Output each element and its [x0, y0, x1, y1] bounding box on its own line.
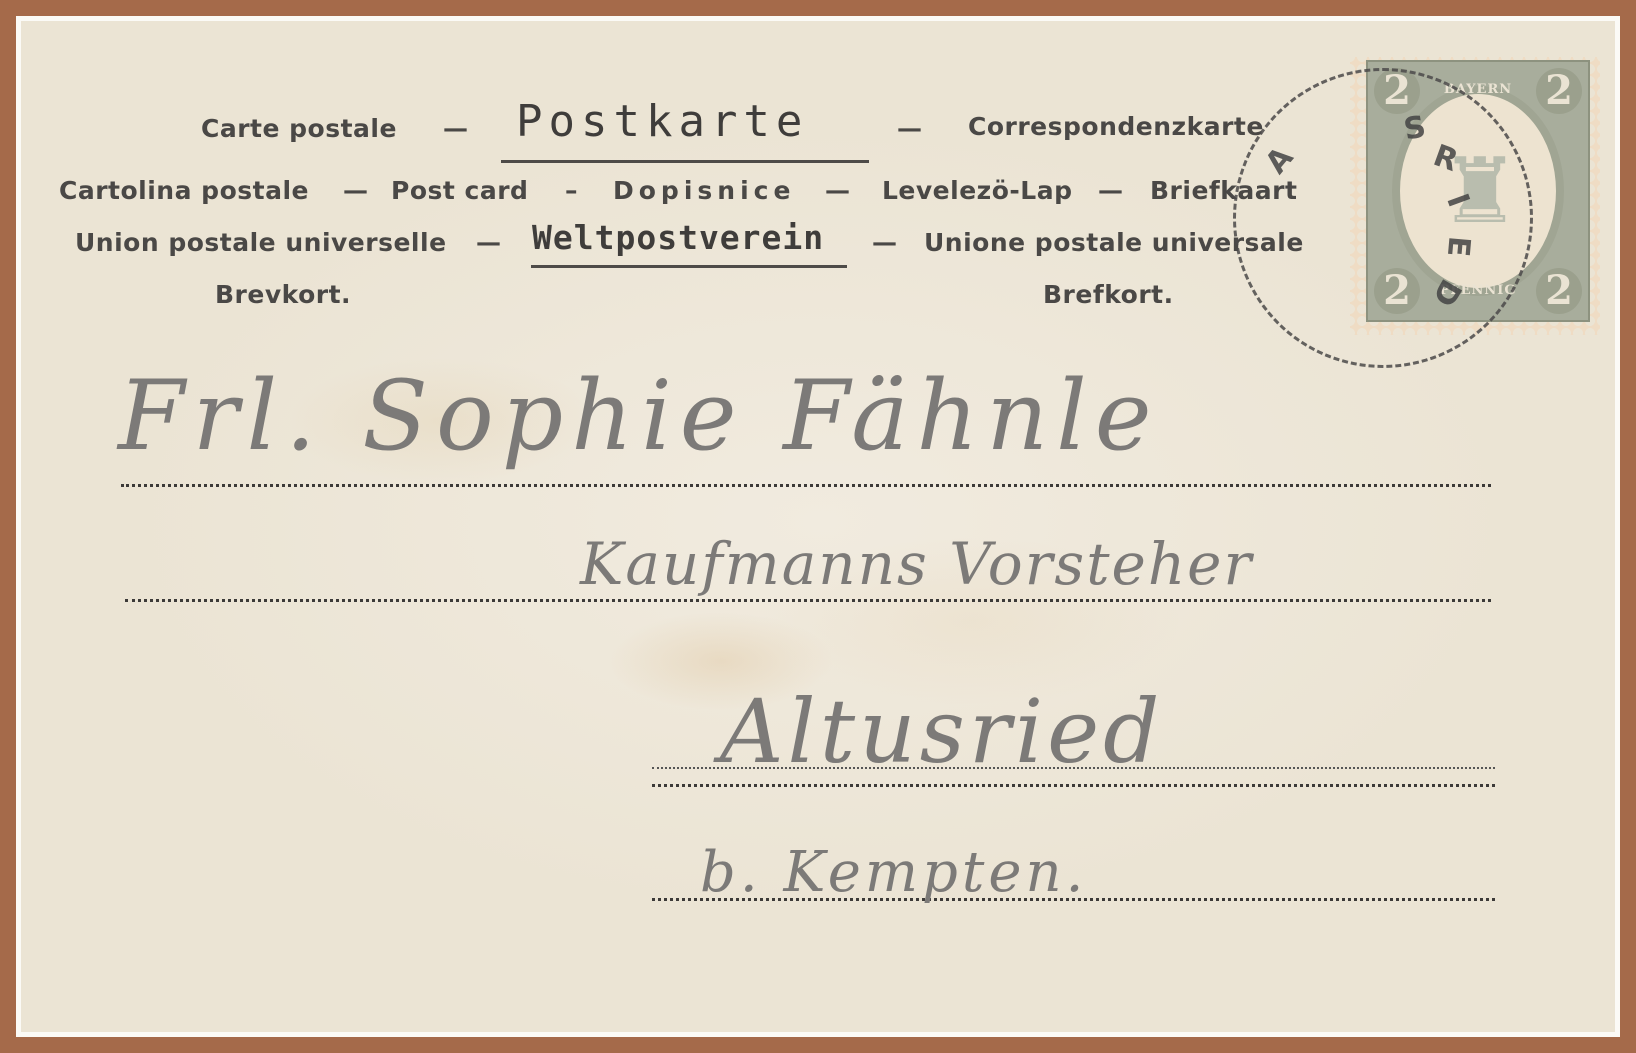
address-line-2	[125, 599, 1491, 602]
header-dash: —	[825, 176, 851, 205]
header-dopisnice: Dopisnice	[613, 176, 795, 205]
address-line-3b	[652, 784, 1495, 787]
header-brefkort: Brefkort.	[1043, 280, 1174, 309]
header-union-postale-universelle: Union postale universelle	[75, 228, 447, 257]
header-dash: —	[443, 114, 469, 143]
header-dash: —	[872, 228, 898, 257]
recipient-town: Altusried	[720, 680, 1164, 783]
header-cartolina-postale: Cartolina postale	[59, 176, 309, 205]
header-dash: —	[476, 228, 502, 257]
recipient-occupation: Kaufmanns Vorsteher	[580, 530, 1253, 598]
postmark-char: A	[1259, 140, 1301, 180]
postmark-circle: A S R I E D	[1233, 68, 1533, 368]
postmark-char: D	[1425, 273, 1468, 312]
header-brevkort: Brevkort.	[215, 280, 351, 309]
header-dash: —	[1098, 176, 1124, 205]
header-correspondenzkarte: Correspondenzkarte	[968, 112, 1264, 141]
header-carte-postale: Carte postale	[201, 114, 397, 143]
header-dash: –	[565, 176, 578, 205]
postmark-char: I	[1439, 189, 1476, 211]
recipient-region: b. Kempten.	[700, 840, 1087, 905]
address-line-1	[121, 484, 1491, 487]
header-weltpostverein-title: Weltpostverein	[532, 218, 824, 257]
weltpostverein-underline	[531, 265, 847, 268]
header-dash: —	[343, 176, 369, 205]
header-postkarte-title: Postkarte	[516, 96, 808, 147]
header-levelezo-lap: Levelezö-Lap	[882, 176, 1072, 205]
postmark-char: E	[1440, 235, 1477, 258]
recipient-name: Frl. Sophie Fähnle	[118, 360, 1160, 472]
postkarte-underline	[501, 160, 869, 163]
postmark-char: S	[1401, 109, 1428, 147]
postmark-char: R	[1429, 138, 1463, 179]
header-post-card: Post card	[391, 176, 528, 205]
header-dash: —	[897, 114, 923, 143]
